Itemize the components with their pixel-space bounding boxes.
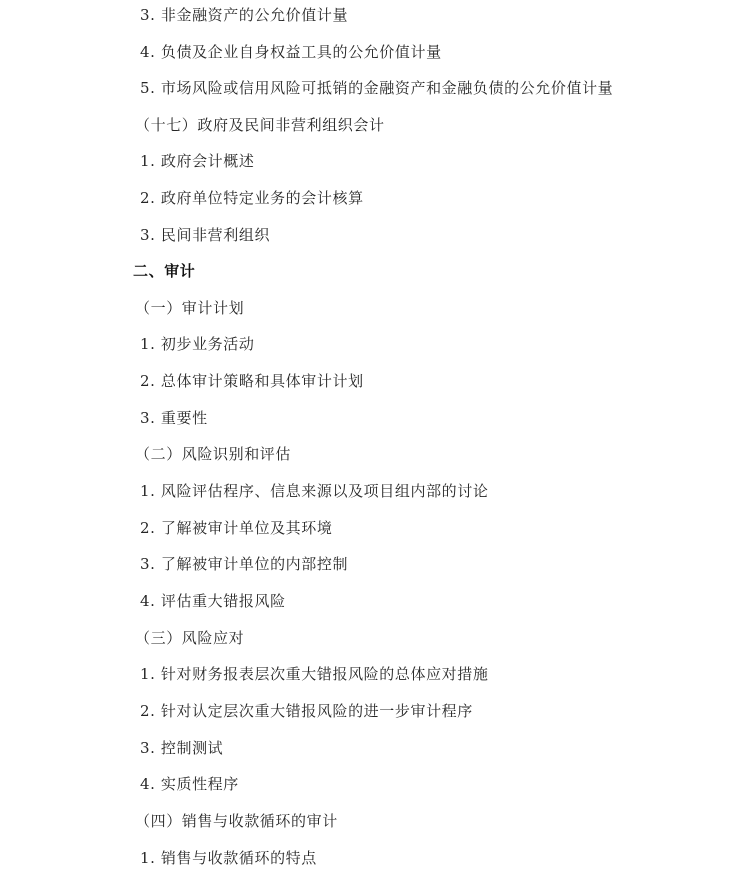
list-item-government-specific-business: 2. 政府单位特定业务的会计核算 xyxy=(140,188,364,208)
section-heading-audit-planning: （一）审计计划 xyxy=(135,298,244,318)
section-heading-sales-collection-cycle: （四）销售与收款循环的审计 xyxy=(135,811,338,831)
list-item-understand-entity-environment: 2. 了解被审计单位及其环境 xyxy=(140,518,332,538)
list-item-preliminary-engagement: 1. 初步业务活动 xyxy=(140,334,254,354)
list-item-understand-internal-control: 3. 了解被审计单位的内部控制 xyxy=(140,554,348,574)
list-item-overall-responses: 1. 针对财务报表层次重大错报风险的总体应对措施 xyxy=(140,664,488,684)
list-item-materiality: 3. 重要性 xyxy=(140,408,208,428)
section-heading-government-nonprofit-accounting: （十七）政府及民间非营利组织会计 xyxy=(135,115,385,135)
list-item-risk-assessment-procedures: 1. 风险评估程序、信息来源以及项目组内部的讨论 xyxy=(140,481,488,501)
list-item-substantive-procedures: 4. 实质性程序 xyxy=(140,774,239,794)
list-item-fair-value-liabilities-equity: 4. 负债及企业自身权益工具的公允价值计量 xyxy=(140,42,442,62)
list-item-control-testing: 3. 控制测试 xyxy=(140,738,223,758)
list-item-government-accounting-overview: 1. 政府会计概述 xyxy=(140,151,254,171)
list-item-fair-value-offsetting-risk: 5. 市场风险或信用风险可抵销的金融资产和金融负债的公允价值计量 xyxy=(140,78,613,98)
list-item-further-audit-procedures: 2. 针对认定层次重大错报风险的进一步审计程序 xyxy=(140,701,473,721)
list-item-audit-strategy-plan: 2. 总体审计策略和具体审计计划 xyxy=(140,371,364,391)
list-item-assess-material-misstatement: 4. 评估重大错报风险 xyxy=(140,591,286,611)
section-heading-risk-identification: （二）风险识别和评估 xyxy=(135,444,291,464)
chapter-heading-audit: 二、审计 xyxy=(133,261,195,281)
section-heading-risk-response: （三）风险应对 xyxy=(135,628,244,648)
list-item-fair-value-non-financial-assets: 3. 非金融资产的公允价值计量 xyxy=(140,5,348,25)
list-item-nonprofit-organizations: 3. 民间非营利组织 xyxy=(140,225,270,245)
list-item-sales-cycle-features: 1. 销售与收款循环的特点 xyxy=(140,848,317,868)
